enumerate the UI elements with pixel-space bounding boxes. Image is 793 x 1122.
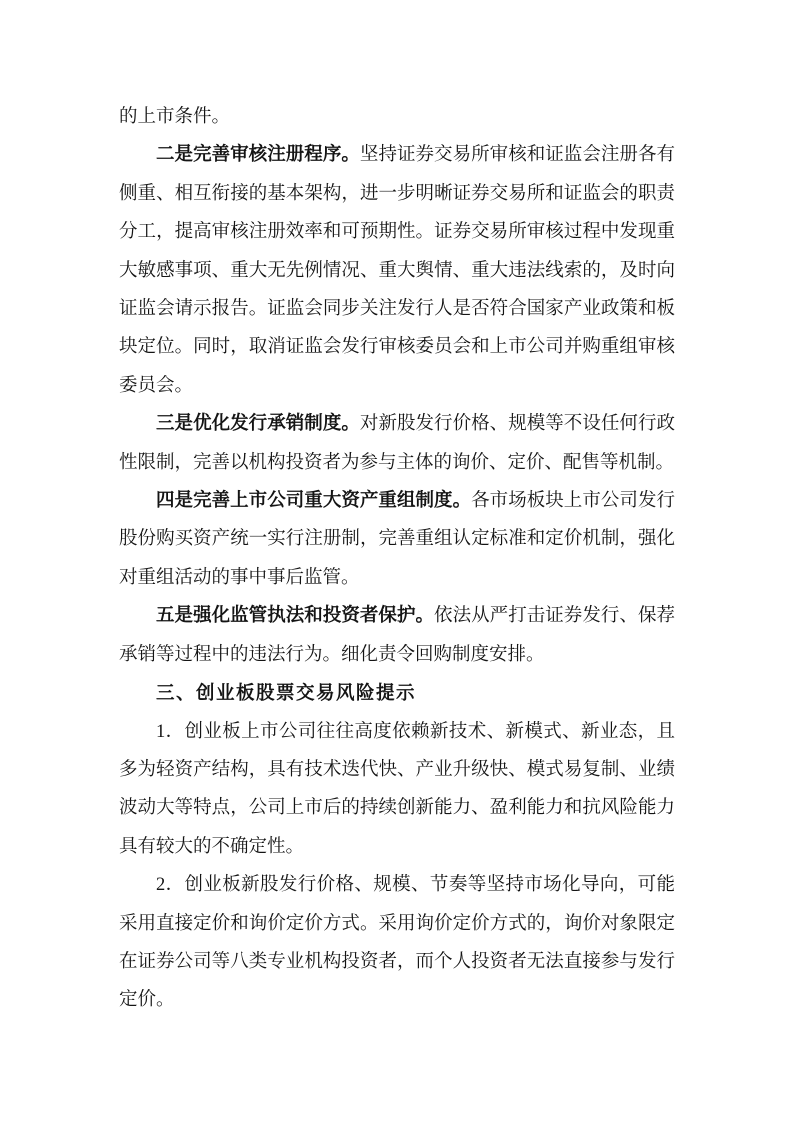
paragraph: 二是完善审核注册程序。坚持证券交易所审核和证监会注册各有侧重、相互衔接的基本架构…: [119, 136, 675, 405]
paragraph-bold-lead: 四是完善上市公司重大资产重组制度。: [156, 491, 471, 511]
paragraph: 五是强化监管执法和投资者保护。依法从严打击证券发行、保荐承销等过程中的违法行为。…: [119, 597, 675, 674]
paragraph-text: 的上市条件。: [119, 107, 230, 127]
document-content: 的上市条件。二是完善审核注册程序。坚持证券交易所审核和证监会注册各有侧重、相互衔…: [119, 98, 675, 1020]
paragraph: 四是完善上市公司重大资产重组制度。各市场板块上市公司发行股份购买资产统一实行注册…: [119, 482, 675, 597]
paragraph: 2．创业板新股发行价格、规模、节奏等坚持市场化导向，可能采用直接定价和询价定价方…: [119, 866, 675, 1020]
paragraph-bold-lead: 二是完善审核注册程序。: [156, 145, 360, 165]
paragraph-bold-lead: 三是优化发行承销制度。: [156, 414, 360, 434]
document-page: 的上市条件。二是完善审核注册程序。坚持证券交易所审核和证监会注册各有侧重、相互衔…: [0, 0, 793, 1122]
paragraph: 三是优化发行承销制度。对新股发行价格、规模等不设任何行政性限制，完善以机构投资者…: [119, 405, 675, 482]
paragraph-text: 1．创业板上市公司往往高度依赖新技术、新模式、新业态，且多为轻资产结构，具有技术…: [119, 722, 675, 857]
paragraph-text: 2．创业板新股发行价格、规模、节奏等坚持市场化导向，可能采用直接定价和询价定价方…: [119, 875, 675, 1010]
paragraph-text: 坚持证券交易所审核和证监会注册各有侧重、相互衔接的基本架构，进一步明晰证券交易所…: [119, 145, 675, 395]
paragraph: 的上市条件。: [119, 98, 675, 136]
paragraph: 1．创业板上市公司往往高度依赖新技术、新模式、新业态，且多为轻资产结构，具有技术…: [119, 713, 675, 867]
heading-text: 三、创业板股票交易风险提示: [156, 682, 416, 703]
section-heading: 三、创业板股票交易风险提示: [119, 674, 675, 712]
paragraph-bold-lead: 五是强化监管执法和投资者保护。: [156, 606, 434, 626]
